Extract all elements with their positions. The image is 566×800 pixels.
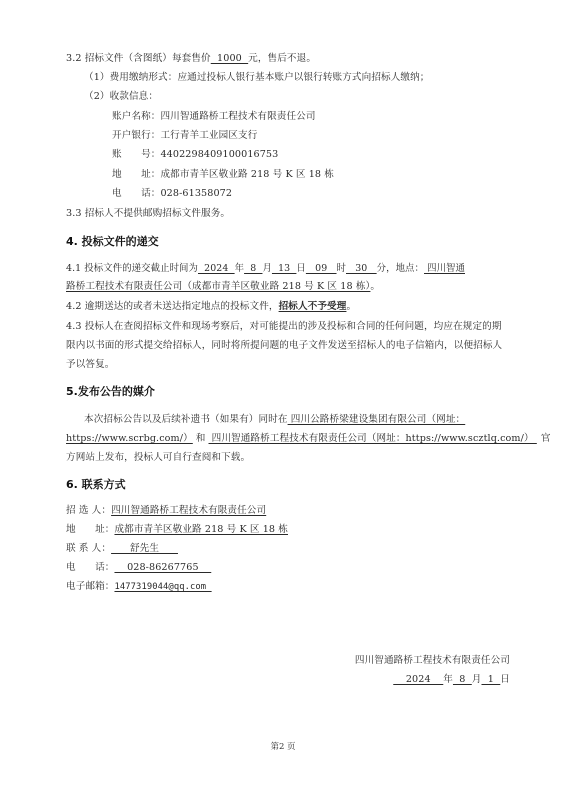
clause-4-2-text: 4.2 逾期送达的或者未送达指定地点的投标文件， (66, 301, 279, 312)
clause-4-1-line1: 4.1 投标文件的递交截止时间为 2024 年 8 月 13 日 09 时 30… (66, 262, 566, 275)
bank-row: 开户银行：工行青羊工业园区支行 (112, 129, 566, 142)
deadline-hour: 09 (306, 263, 337, 274)
period: 。 (370, 281, 380, 292)
clause-4-2: 4.2 逾期送达的或者未送达指定地点的投标文件，招标人不予受理。 (66, 300, 566, 313)
year-unit: 年 (235, 263, 244, 274)
day-unit: 日 (296, 263, 305, 274)
account-name-value: 四川智通路桥工程技术有限责任公司 (160, 111, 315, 122)
phone-row: 电 话：028-61358072 (112, 187, 566, 200)
hour-unit: 时 (337, 263, 346, 274)
page-number: 第2 页 (0, 740, 566, 752)
deadline-minute: 30 (346, 263, 377, 274)
account-name-label: 账户名称： (112, 111, 160, 122)
account-no-row: 账 号：4402298409100016753 (112, 148, 566, 161)
media-line2: https://www.scrbg.com/）和 四川智通路桥工程技术有限责任公… (66, 432, 566, 445)
clause-3-2: 3.2 招标文件（含图纸）每套售价 1000 元，售后不退。 (66, 52, 566, 65)
contact-row-email: 电子邮箱：1477319044@qq.com (66, 580, 566, 594)
submission-location: 四川智通 (424, 263, 465, 274)
contact-row-phone: 电 话： 028-86267765 (66, 561, 566, 574)
contact-row-address: 地 址：成都市青羊区敬业路 218 号 K 区 18 栋 (66, 523, 566, 536)
contact-tenderer-value: 四川智通路桥工程技术有限责任公司 (111, 505, 266, 516)
clause-3-2-text: 3.2 招标文件（含图纸）每套售价 (66, 53, 211, 64)
account-no-value: 4402298409100016753 (160, 149, 278, 160)
contact-row-tenderer: 招 选 人：四川智通路桥工程技术有限责任公司 (66, 504, 566, 517)
contact-email-link[interactable]: 1477319044@qq.com (114, 582, 211, 592)
submission-location-cont: 路桥工程技术有限责任公司（成都市青羊区敬业路 218 号 K 区 18 栋） (66, 281, 370, 292)
contact-label: 电子邮箱： (66, 580, 114, 593)
deadline-year: 2024 (198, 263, 235, 274)
contact-row-person: 联 系 人： 舒先生 (66, 542, 566, 555)
account-no-label: 账 号： (112, 149, 160, 160)
media-line1: 本次招标公告以及后续补遗书（如果有）同时在 四川公路桥梁建设集团有限公司（网址： (84, 413, 566, 426)
clause-3-2-suffix: 元，售后不退。 (248, 53, 316, 64)
signature-month: 8 (453, 674, 472, 685)
payment-method: （1）费用缴纳形式：应通过投标人银行基本账户以银行转账方式向招标人缴纳； (84, 71, 566, 84)
media-intro: 本次招标公告以及后续补遗书（如果有）同时在 (84, 414, 288, 425)
clause-3-3: 3.3 招标人不提供邮购招标文件服务。 (66, 207, 566, 220)
media-line3: 方网站上发布，投标人可自行查阅和下载。 (66, 451, 566, 464)
contact-label: 招 选 人： (66, 504, 111, 517)
media1-name[interactable]: 四川公路桥梁建设集团有限公司（网址： (288, 414, 466, 425)
contact-label: 联 系 人： (66, 542, 111, 555)
section-5-title: 5.发布公告的媒介 (66, 385, 155, 399)
clause-4-3-line2: 限内以书面的形式提交给招标人，同时将所提问题的电子文件发送至招标人的电子信箱内，… (66, 339, 566, 352)
month-unit: 月 (262, 263, 271, 274)
clause-4-3-line1: 4.3 投标人在查阅招标文件和现场考察后，对可能提出的涉及投标和合同的任何问题，… (66, 320, 566, 333)
signature-company: 四川智通路桥工程技术有限责任公司 (355, 654, 510, 667)
account-name-row: 账户名称：四川智通路桥工程技术有限责任公司 (112, 110, 566, 123)
address-label: 地 址： (112, 169, 160, 180)
signature-day: 1 (481, 674, 500, 685)
signature-year: 2024 (393, 674, 443, 685)
phone-label: 电 话： (112, 188, 160, 199)
contact-phone-value: 028-86267765 (114, 562, 211, 573)
contact-address-value: 成都市青羊区敬业路 218 号 K 区 18 栋 (114, 524, 288, 535)
media-suffix: 官 (541, 433, 551, 444)
address-value: 成都市青羊区敬业路 218 号 K 区 18 栋 (160, 169, 334, 180)
contact-label: 电 话： (66, 561, 114, 574)
document-price: 1000 (211, 53, 248, 64)
clause-4-2-emphasis: 招标人不予受理 (279, 301, 347, 312)
and-text: 和 (196, 433, 206, 444)
section-4-title: 4. 投标文件的递交 (66, 235, 159, 249)
minute-unit: 分，地点： (377, 263, 424, 274)
day-unit: 日 (500, 674, 510, 685)
clause-4-1-text: 4.1 投标文件的递交截止时间为 (66, 263, 198, 274)
media2-link[interactable]: 四川智通路桥工程技术有限责任公司（网址：https://www.scztlq.c… (209, 433, 537, 444)
clause-4-1-line2: 路桥工程技术有限责任公司（成都市青羊区敬业路 218 号 K 区 18 栋）。 (66, 280, 566, 293)
phone-value: 028-61358072 (160, 188, 232, 199)
contact-person-value: 舒先生 (111, 543, 178, 554)
section-6-title: 6. 联系方式 (66, 478, 126, 492)
clause-4-3-line3: 予以答复。 (66, 358, 566, 371)
address-row: 地 址：成都市青羊区敬业路 218 号 K 区 18 栋 (112, 168, 566, 181)
signature-date: 2024 年 8 月 1 日 (393, 673, 510, 686)
period: 。 (346, 301, 356, 312)
bank-label: 开户银行： (112, 130, 160, 141)
receipt-info-title: （2）收款信息： (84, 90, 566, 103)
deadline-day: 13 (272, 263, 296, 274)
deadline-month: 8 (244, 263, 262, 274)
bank-value: 工行青羊工业园区支行 (160, 130, 257, 141)
media1-url-link[interactable]: https://www.scrbg.com/） (66, 433, 193, 444)
year-unit: 年 (443, 674, 453, 685)
contact-label: 地 址： (66, 523, 114, 536)
